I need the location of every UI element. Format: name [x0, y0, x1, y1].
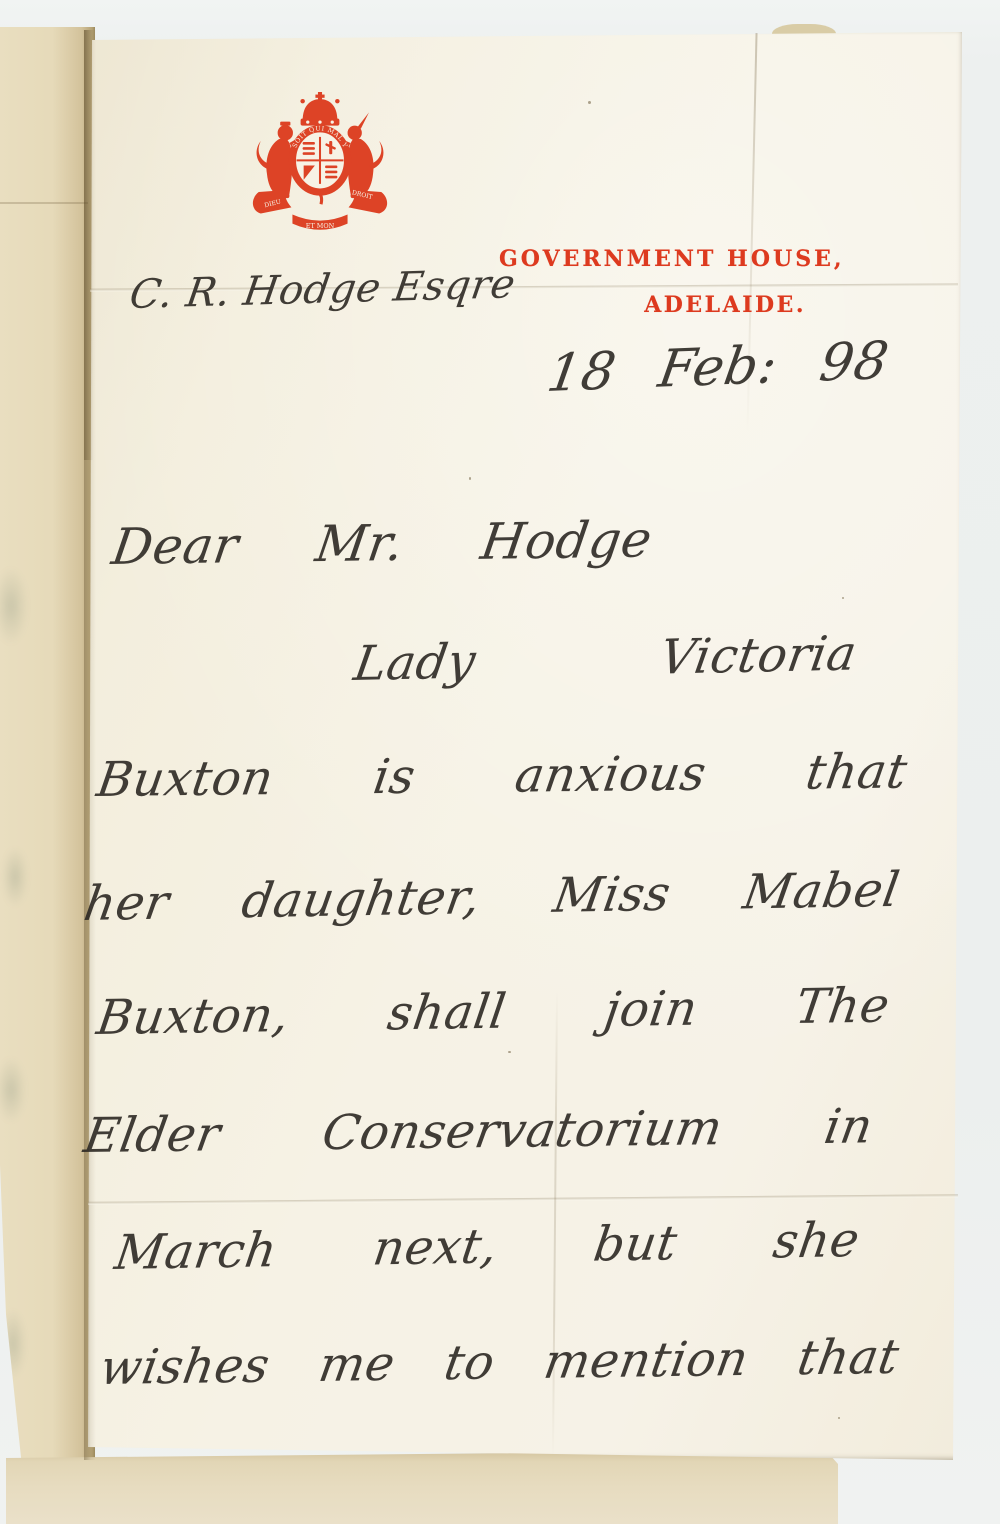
paper-speck — [508, 1051, 511, 1053]
paper-speck — [838, 1417, 840, 1419]
handwritten-body-line: Buxton is anxious that — [93, 744, 911, 808]
under-page-bottom-edge — [6, 1448, 838, 1524]
motto-bottom-text: ET MON — [306, 222, 335, 230]
handwritten-body-line: Elder Conservatorium in — [80, 1098, 877, 1164]
handwritten-addressee: C. R. Hodge Esqre — [127, 263, 475, 318]
left-leaf-crease — [0, 202, 88, 204]
paper-speck — [469, 477, 471, 480]
ink-showthrough-mark — [0, 1057, 26, 1123]
letterhead-line1: GOVERNMENT HOUSE, — [499, 246, 845, 272]
handwritten-salutation: Dear Mr. Hodge — [108, 510, 656, 576]
under-page-left-edge — [0, 27, 95, 1524]
paper-speck — [588, 101, 591, 104]
paper-speck — [842, 597, 844, 599]
handwritten-body-line: Lady Victoria — [350, 626, 860, 692]
handwritten-body-line: wishes me to mention that — [96, 1329, 903, 1396]
royal-coat-of-arms-icon: SOIT QUI MAL Y DIEU DROIT ET MON — [238, 92, 402, 240]
fold-gutter-shadow-top — [84, 30, 93, 460]
ink-showthrough-mark — [0, 1309, 26, 1379]
ink-showthrough-mark — [0, 567, 28, 645]
scanner-background: SOIT QUI MAL Y DIEU DROIT ET MON GOVERNM… — [0, 0, 1000, 1524]
letterhead-line2: ADELAIDE. — [500, 292, 806, 318]
ink-showthrough-mark — [2, 847, 28, 907]
garter-buckle — [318, 191, 322, 204]
